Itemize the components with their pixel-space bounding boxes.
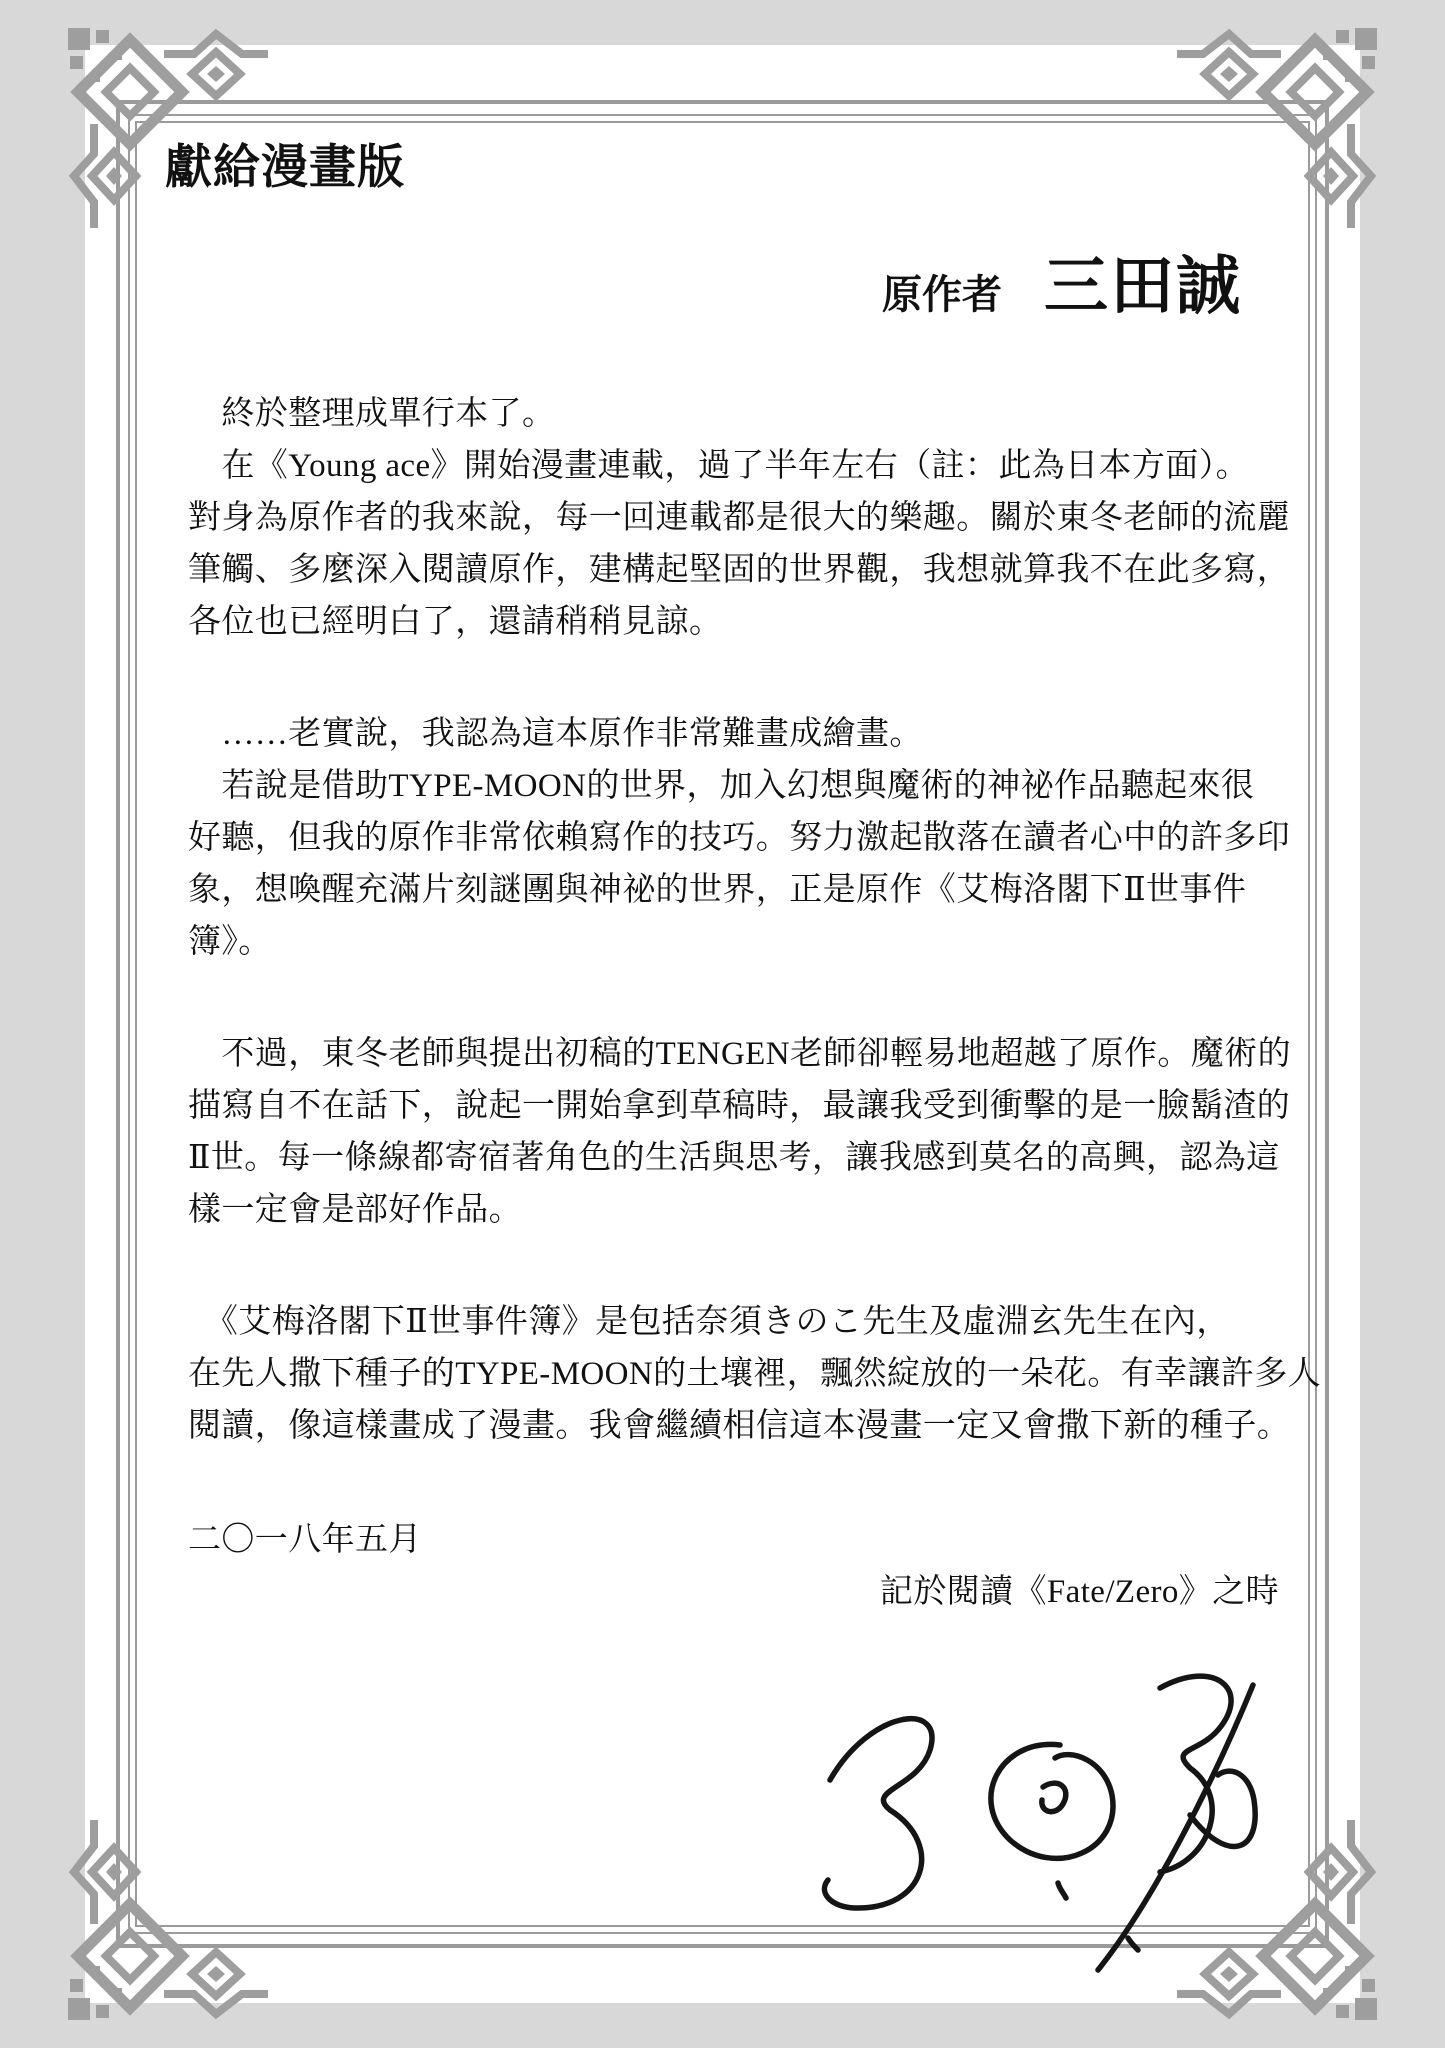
text-line: 象，想喚醒充滿片刻謎團與神祕的世界，正是原作《艾梅洛閣下Ⅱ世事件: [188, 864, 1293, 916]
afterword-page: 獻給漫畫版 原作者 三田誠 終於整理成單行本了。 在《Young ace》開始漫…: [0, 0, 1445, 2048]
author-name: 三田誠: [1044, 235, 1242, 327]
text-line: 各位也已經明白了，還請稍稍見諒。: [188, 596, 1293, 648]
paragraph-4: 《艾梅洛閣下Ⅱ世事件簿》是包括奈須きのこ先生及虛淵玄先生在內， 在先人撒下種子的…: [188, 1296, 1293, 1452]
text-line: Ⅱ世。每一條線都寄宿著角色的生活與思考，讓我感到莫名的高興，認為這: [188, 1132, 1293, 1184]
text-line: 終於整理成單行本了。: [188, 388, 1293, 440]
text-line: 在《Young ace》開始漫畫連載，過了半年左右（註：此為日本方面）。: [188, 440, 1293, 492]
date-line: 二〇一八年五月: [188, 1514, 1293, 1566]
corner-ornament-icon: [60, 1818, 270, 2028]
page-title: 獻給漫畫版: [165, 130, 405, 197]
author-role-label: 原作者: [882, 263, 1002, 320]
corner-ornament-icon: [1175, 20, 1385, 230]
paragraph-1: 終於整理成單行本了。 在《Young ace》開始漫畫連載，過了半年左右（註：此…: [188, 388, 1293, 648]
text-line: 閱讀，像這樣畫成了漫畫。我會繼續相信這本漫畫一定又會撒下新的種子。: [188, 1400, 1293, 1452]
text-line: 樣一定會是部好作品。: [188, 1184, 1293, 1236]
text-line: 簿》。: [188, 916, 1293, 968]
author-signature: [760, 1640, 1280, 2000]
paragraph-2: ……老實說，我認為這本原作非常難畫成繪畫。 若說是借助TYPE-MOON的世界，…: [188, 708, 1293, 968]
text-line: 描寫自不在話下，說起一開始拿到草稿時，最讓我受到衝擊的是一臉鬍渣的: [188, 1080, 1293, 1132]
text-line: 好聽，但我的原作非常依賴寫作的技巧。努力激起散落在讀者心中的許多印: [188, 812, 1293, 864]
author-line: 原作者 三田誠: [882, 235, 1242, 327]
text-line: 對身為原作者的我來說，每一回連載都是很大的樂趣。關於東冬老師的流麗: [188, 492, 1293, 544]
text-line: 《艾梅洛閣下Ⅱ世事件簿》是包括奈須きのこ先生及虛淵玄先生在內，: [188, 1296, 1293, 1348]
text-line: 若說是借助TYPE-MOON的世界，加入幻想與魔術的神祕作品聽起來很: [188, 760, 1293, 812]
afterword-body: 終於整理成單行本了。 在《Young ace》開始漫畫連載，過了半年左右（註：此…: [188, 388, 1293, 1618]
text-line: 在先人撒下種子的TYPE-MOON的土壤裡，飄然綻放的一朵花。有幸讓許多人: [188, 1348, 1293, 1400]
text-line: 筆觸、多麼深入閱讀原作，建構起堅固的世界觀，我想就算我不在此多寫，: [188, 544, 1293, 596]
paper-sheet: 獻給漫畫版 原作者 三田誠 終於整理成單行本了。 在《Young ace》開始漫…: [85, 45, 1360, 2003]
text-line: 不過，東冬老師與提出初稿的TENGEN老師卻輕易地超越了原作。魔術的: [188, 1028, 1293, 1080]
closing-line: 記於閱讀《Fate/Zero》之時: [188, 1566, 1293, 1618]
corner-ornament-icon: [60, 20, 270, 230]
text-line: ……老實說，我認為這本原作非常難畫成繪畫。: [188, 708, 1293, 760]
paragraph-3: 不過，東冬老師與提出初稿的TENGEN老師卻輕易地超越了原作。魔術的 描寫自不在…: [188, 1028, 1293, 1236]
